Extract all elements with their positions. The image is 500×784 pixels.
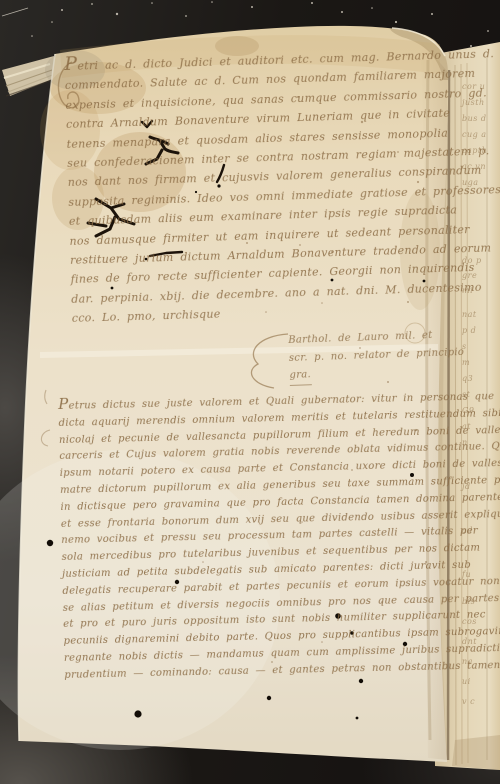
adjacent-page-text: cor ujusthbus dcug acapthac vnugado pgre… <box>462 82 496 717</box>
text-fragment: cor u <box>462 82 496 98</box>
text-fragment: m <box>462 358 496 374</box>
text-fragment: ad <box>462 526 496 542</box>
scratch-mark <box>2 8 28 16</box>
text-fragment: mi <box>462 286 496 301</box>
entry-1-text: Petri ac d. dicto Judici et auditori etc… <box>64 44 450 329</box>
text-fragment: v c <box>462 697 496 717</box>
text-fragment: cug a <box>462 130 496 146</box>
text-fragment: uga <box>462 178 496 194</box>
text-fragment: st <box>462 390 496 406</box>
text-fragment: s <box>462 342 496 358</box>
text-fragment: jd <box>462 482 496 498</box>
text-fragment: fu <box>462 570 496 586</box>
text-fragment: do p <box>462 256 496 271</box>
text-fragment: ac vn <box>462 162 496 178</box>
entry-2-text: Petrus dictus sue juste valorem et Quali… <box>58 386 488 684</box>
text-fragment: dnt <box>462 637 496 657</box>
signature-line: gra. <box>289 366 311 385</box>
text-fragment: n <box>462 438 496 454</box>
manuscript-photo: Petri ac d. dicto Judici et auditori etc… <box>0 0 500 784</box>
text-fragment: cos <box>462 617 496 637</box>
text-fragment: bus d <box>462 114 496 130</box>
text-fragment: ui <box>462 677 496 697</box>
text-fragment: at <box>462 422 496 438</box>
text-fragment: p d <box>462 326 496 342</box>
text-fragment: justh <box>462 98 496 114</box>
text-fragment: G9 <box>462 406 496 422</box>
text-fragment: na <box>462 657 496 677</box>
text-fragment: gre <box>462 271 496 286</box>
text-fragment: nat <box>462 310 496 326</box>
text-fragment: capth <box>462 146 496 162</box>
text-fragment: bis <box>462 597 496 617</box>
chancery-signature: Barthol. de Lauro mil. etscr. p. no. rel… <box>288 326 465 386</box>
text-fragment: q3 <box>462 374 496 390</box>
